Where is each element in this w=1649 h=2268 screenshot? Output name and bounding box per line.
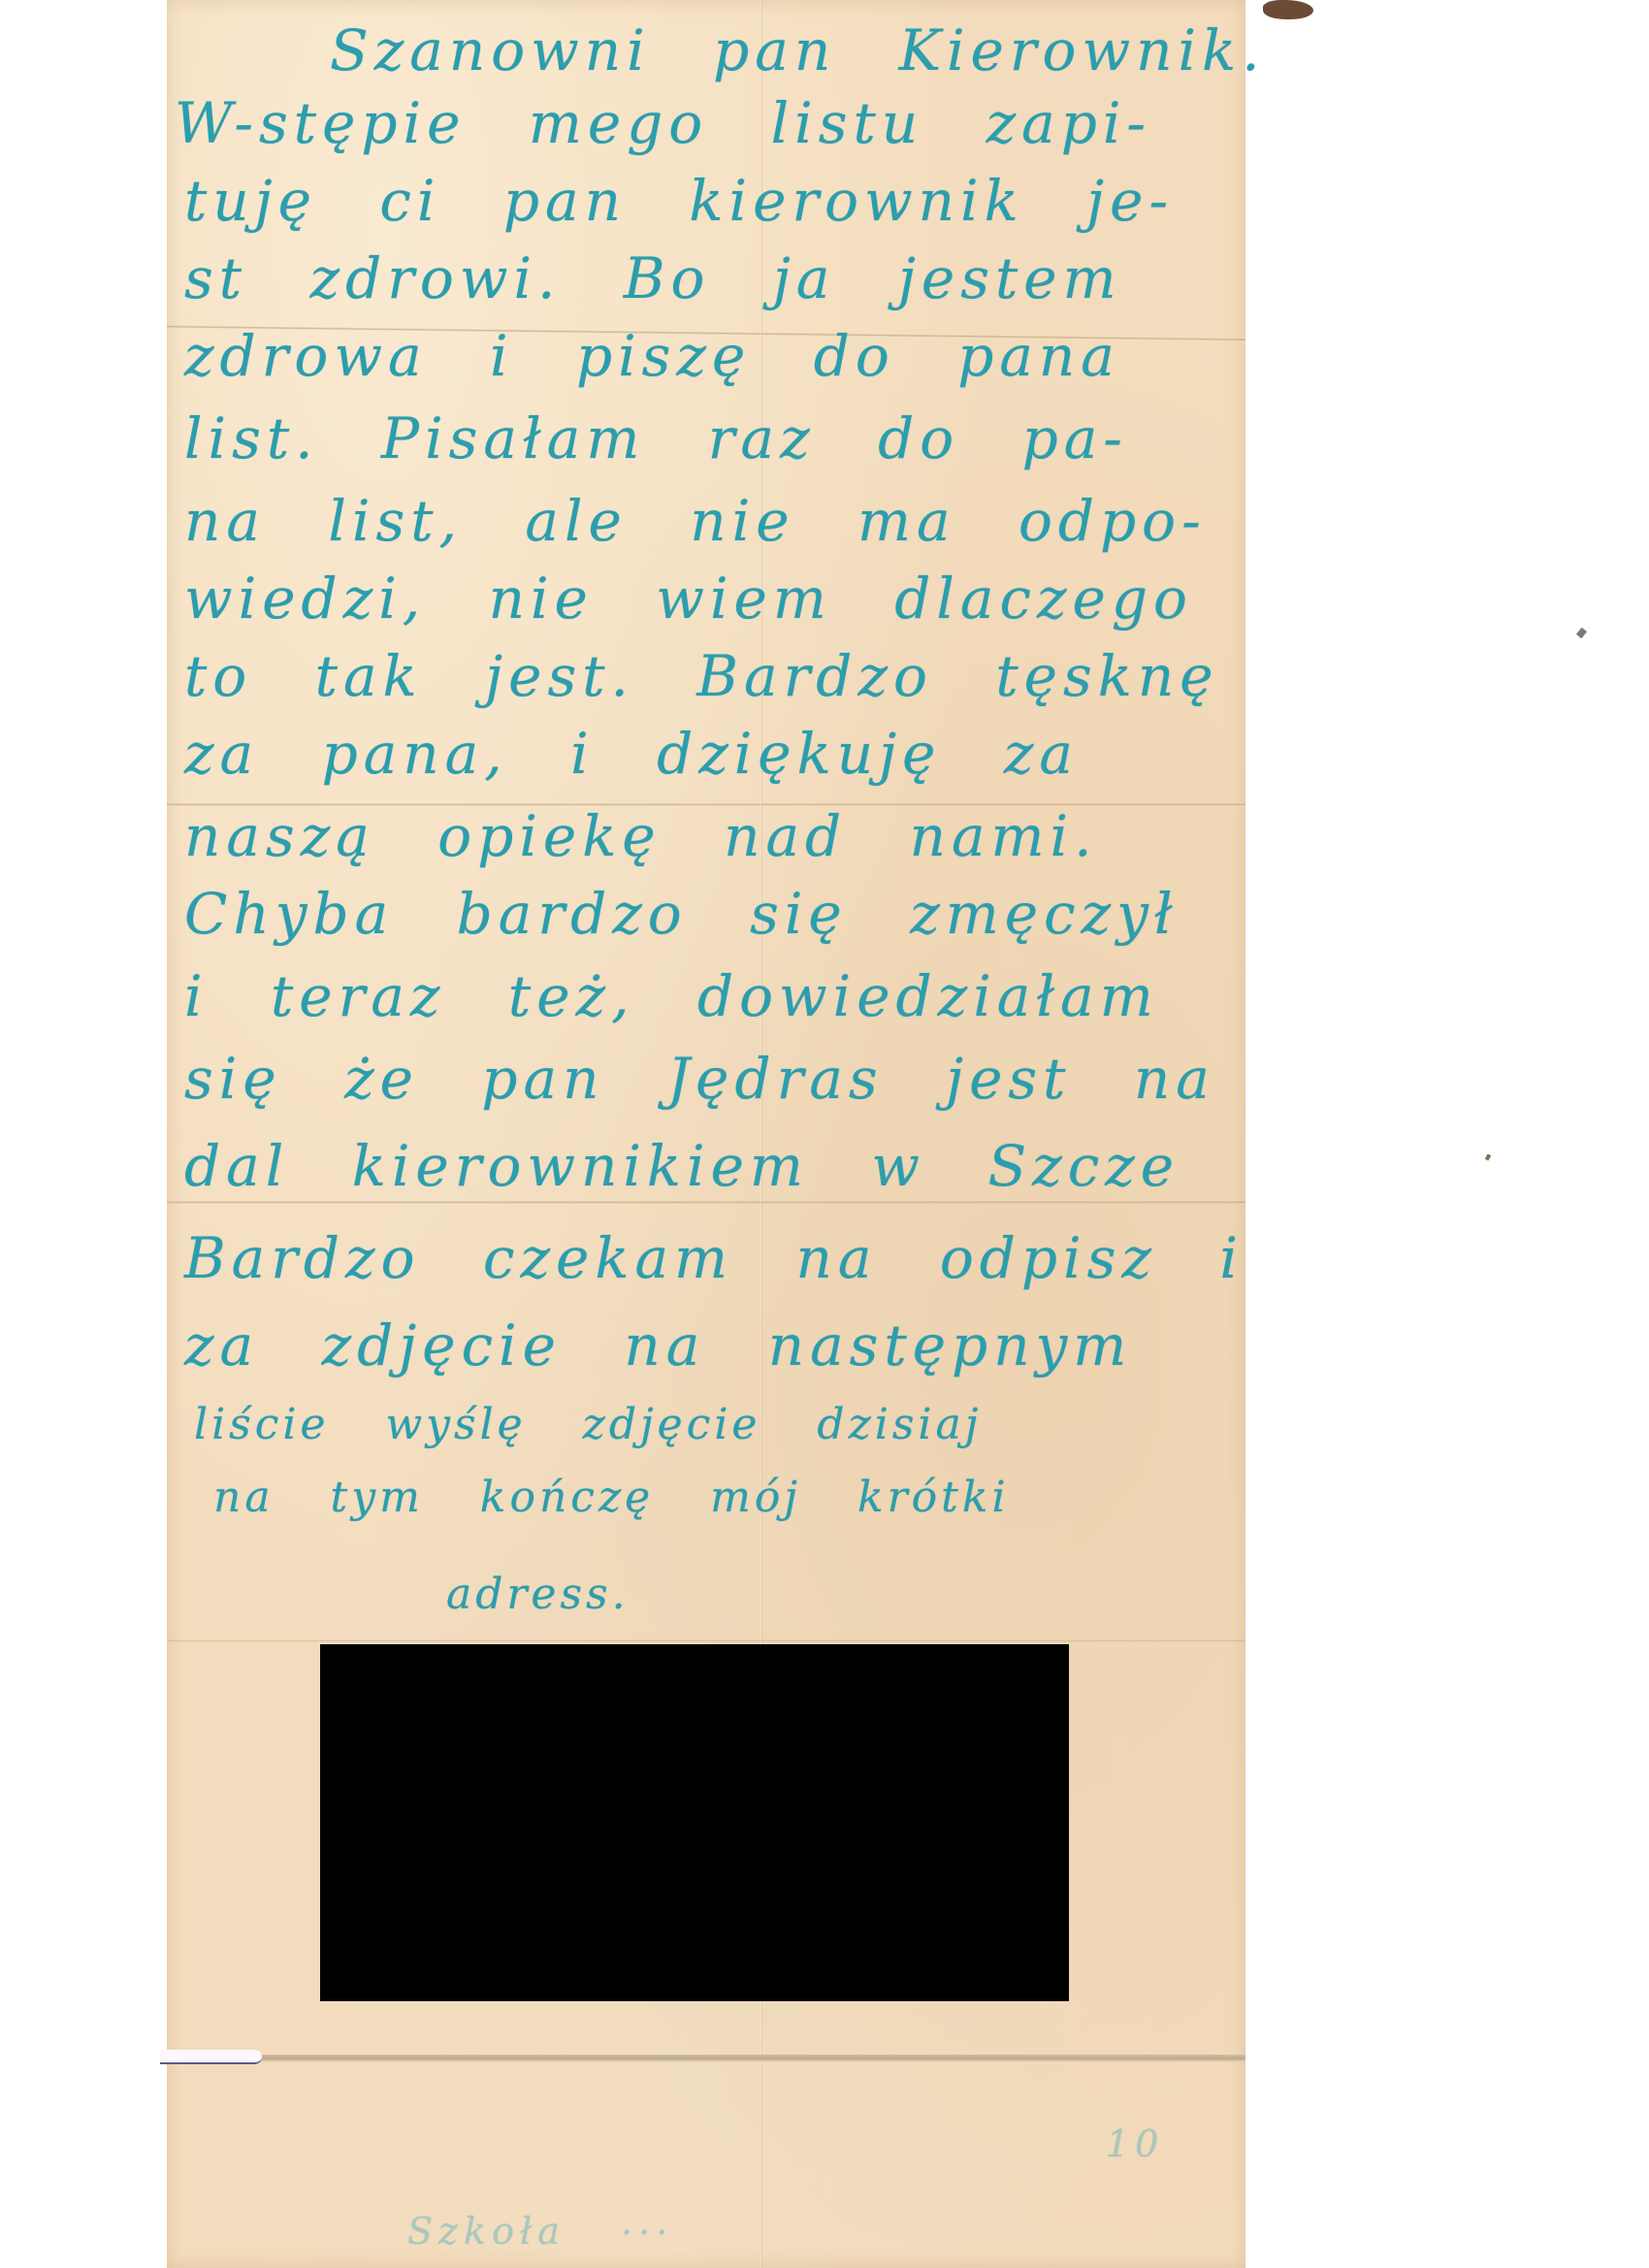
fold-crease xyxy=(167,1639,1245,1642)
address-label: adress. xyxy=(446,1570,630,1619)
letter-line: za pana, i dziękuję za xyxy=(184,721,1079,787)
fold-crease xyxy=(167,1201,1245,1204)
letter-line: to tak jest. Bardzo tęsknę xyxy=(184,643,1219,709)
scan-stain xyxy=(1263,0,1313,19)
letter-line: liście wyślę zdjęcie dzisiaj xyxy=(194,1400,982,1449)
scan-speck xyxy=(1576,628,1587,638)
letter-line: st zdrowi. Bo ja jestem xyxy=(184,245,1122,311)
letter-line: W-stępie mego listu zapi- xyxy=(175,90,1151,156)
letter-line: tuję ci pan kierownik je- xyxy=(184,168,1174,234)
letter-line: Chyba bardzo się zmęczył xyxy=(184,881,1179,947)
letter-line: dal kierownikiem w Szcze xyxy=(184,1133,1180,1199)
scan-speck xyxy=(1485,1153,1491,1160)
letter-line: wiedzi, nie wiem dlaczego xyxy=(184,566,1193,632)
letter-line: naszą opiekę nad nami. xyxy=(184,803,1098,869)
faint-text: Szkoła xyxy=(407,2210,566,2252)
letter-line: list. Pisałam raz do pa- xyxy=(184,405,1128,471)
letter-line: i teraz też, dowiedziałam xyxy=(184,963,1159,1029)
letter-line: na tym kończę mój krótki xyxy=(213,1473,1010,1522)
faint-text: ... xyxy=(621,2200,673,2243)
address-redaction-box xyxy=(320,1644,1069,2001)
torn-fold xyxy=(167,2055,1245,2062)
letter-line: Bardzo czekam na odpisz i xyxy=(184,1225,1244,1291)
letter-line: na list, ale nie ma odpo- xyxy=(184,488,1207,554)
letter-line: za zdjęcie na następnym xyxy=(184,1312,1132,1378)
letter-line: się że pan Jędras jest na xyxy=(184,1046,1215,1112)
faint-text: 10 xyxy=(1106,2122,1164,2165)
letter-line: Szanowni pan Kierownik. xyxy=(330,17,1266,83)
paper-slit xyxy=(160,2050,262,2064)
letter-line: zdrowa i piszę do pana xyxy=(184,323,1120,389)
